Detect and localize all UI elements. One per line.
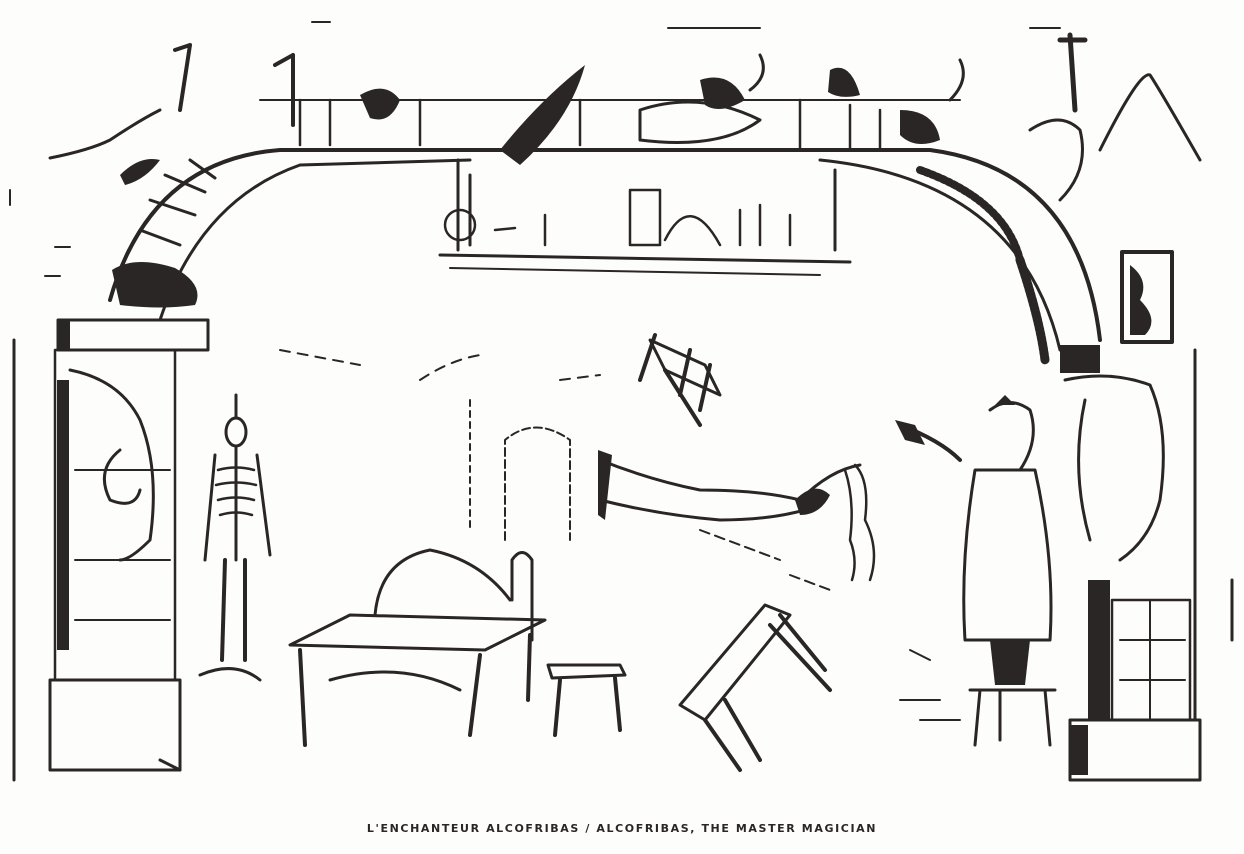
illustration-plate: L'ENCHANTEUR ALCOFRIBAS / ALCOFRIBAS, TH… (0, 0, 1244, 854)
magician-stage-illustration (0, 0, 1244, 800)
standing-skeleton (200, 395, 270, 680)
illustration-caption: L'ENCHANTEUR ALCOFRIBAS / ALCOFRIBAS, TH… (0, 822, 1244, 835)
shelf-with-jars (440, 160, 850, 275)
tilted-falling-table (680, 605, 830, 770)
table-with-covered-object (290, 550, 545, 745)
hanging-lantern (1060, 252, 1172, 373)
back-window (470, 400, 570, 540)
levitating-woman (598, 450, 874, 580)
right-column (1065, 350, 1232, 780)
magician (895, 395, 1055, 745)
floating-chair (640, 335, 720, 425)
stone-archway (50, 35, 1200, 360)
left-column (50, 350, 180, 770)
small-stool (548, 665, 625, 735)
